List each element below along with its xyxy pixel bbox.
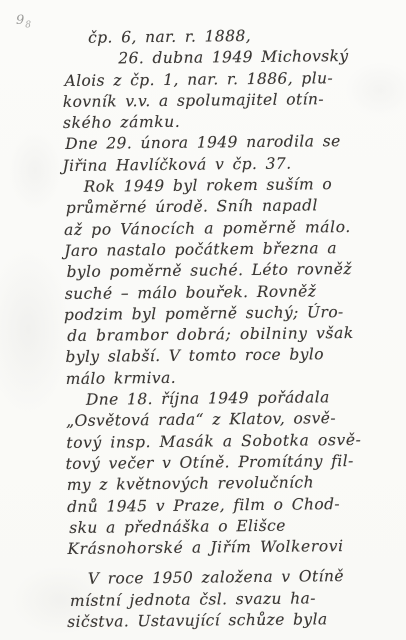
page-number-main: 9 <box>16 13 25 28</box>
page-number-subscript: 8 <box>25 21 32 31</box>
manuscript-line: 26. dubna 1949 Michovský <box>118 46 406 70</box>
manuscript-text-block: čp. 6, nar. r. 1888, 26. dubna 1949 Mich… <box>62 24 406 633</box>
page-number: 98 <box>16 13 32 31</box>
manuscript-line: tový insp. Masák a Sobotka osvě- <box>66 429 406 454</box>
scanned-manuscript-page: 98 čp. 6, nar. r. 1888, 26. dubna 1949 M… <box>0 0 406 640</box>
manuscript-line: sičstva. Ustavující schůze byla <box>67 608 406 633</box>
manuscript-line: Krásnohorské a Jiřím Wolkerovi <box>67 535 406 560</box>
